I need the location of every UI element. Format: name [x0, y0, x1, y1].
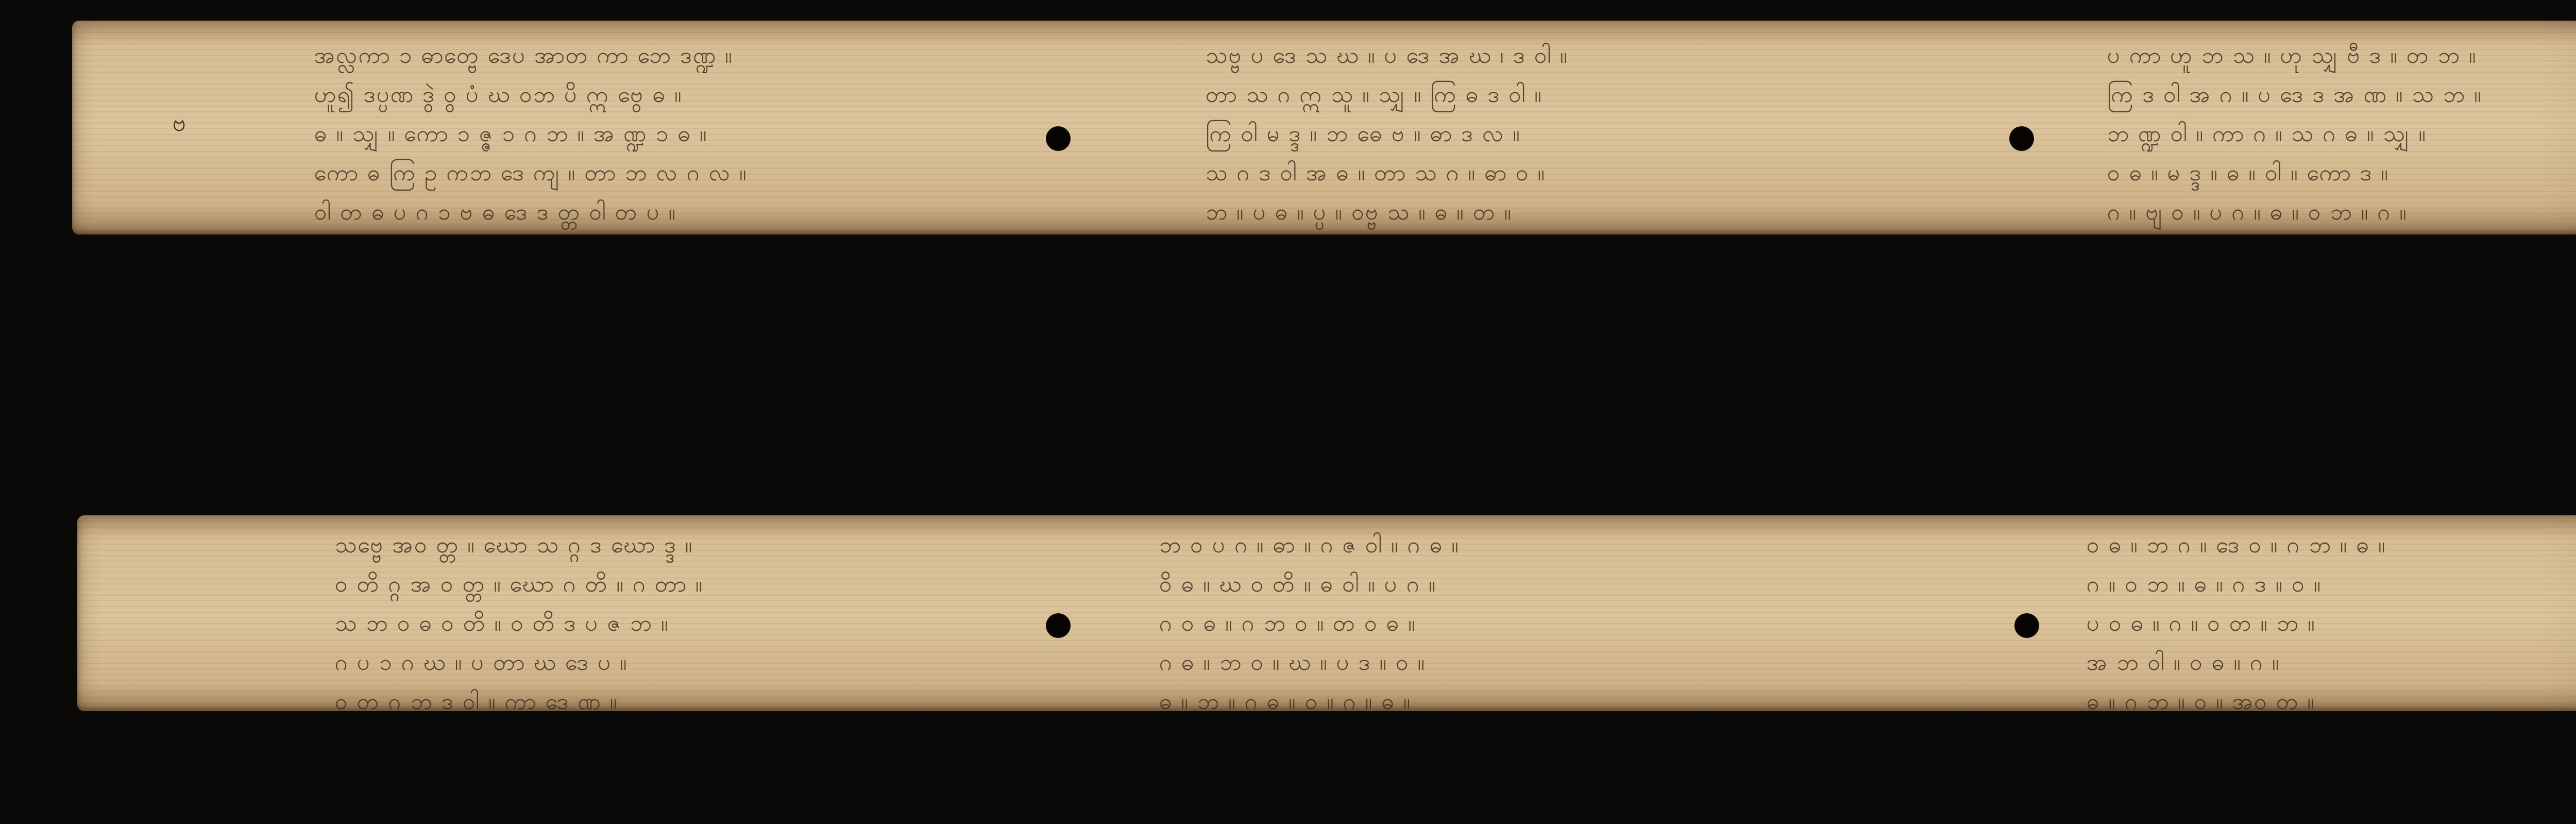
manuscript-line: ဝ တ္တ ဂ ဘ ဒ ဝါ ။ ကာ ဒေ ဏ္ဍ ။ — [335, 682, 1082, 711]
manuscript-line: ဂ ဓ ။ ဘ ဝ ။ ဃ ။ ပ ဒ ။ ဝ ။ — [1159, 643, 2035, 682]
manuscript-line: ဓ ။ ဂ ဘ ။ ဝ ။ အဝ တ္တ ။ — [2087, 682, 2576, 711]
text-section-left: အလ္လကာ ၁ ဓာတ္ဗေ ဒေပ အာတ ကာ ဘေ ဒဏ္ဍ ။ ဟူ၍… — [314, 36, 1061, 232]
manuscript-line: ကြ ဒ ဝါ အ ဂ ။ ပ ဒေ ဒ အ ဏ ။ သ ဘ ။ — [2107, 75, 2576, 114]
manuscript-line: ဓ ။ ဘ ။ ဂ ဓ ။ ဝ ။ ဂ ။ ဓ ။ — [1159, 682, 2035, 711]
manuscript-line: ဂ ။ ဗျ ဝ ။ ပ ဂ ။ ဓ ။ ဝ ဘ ။ ဂ ။ — [2107, 193, 2576, 232]
manuscript-line: ဘ ဝ ပ ဂ ။ ဓာ ။ ဂ ဇ ဝါ ။ ဂ ဓ ။ — [1159, 526, 2035, 565]
manuscript-line: ဘ ဏ္ဍ ဝါ ။ ကာ ဂ ။ သ ဂ ဓ ။ သျှ ။ — [2107, 114, 2576, 154]
manuscript-line: ဂ ။ ဝ ဘ ။ ဓ ။ ဂ ဒ ။ ဝ ။ — [2087, 565, 2576, 604]
text-section-right: ဝ ဓ ။ ဘ ဂ ။ ဒေ ဝ ။ ဂ ဘ ။ ဓ ။ ဂ ။ ဝ ဘ ။ ဓ… — [2087, 526, 2576, 711]
manuscript-line: ဝ တိ ဂ္ဂ အ ဝ တ္တ ။ ဃော ဂ တိ ။ ဂ တာ ။ — [335, 565, 1082, 604]
manuscript-line: ကော ဓ ကြ ဥ ကဘ ဒေ ကျ ။ တာ ဘ လ ဂ လ ။ — [314, 154, 1061, 193]
manuscript-line: ပ ကာ ဟူ ဘ သ ။ ဟု သျှ ဗီ ဒ ။ တ ဘ ။ — [2107, 36, 2576, 75]
manuscript-line: ဝိ ဓ ။ ဃ ဝ တိ ။ ဓ ဝါ ။ ပ ဂ ။ — [1159, 565, 2035, 604]
manuscript-line: ဝ ဓ ။ မ ဒ္ဒ ။ ဓ ။ ဝါ ။ ကော ဒ ။ — [2107, 154, 2576, 193]
manuscript-line: သဗ္ဗ ပ ဒေ သ ဃ ။ ပ ဒေ အ ဃ ၊ ဒ ဝါ ။ — [1206, 36, 2056, 75]
manuscript-line: အလ္လကာ ၁ ဓာတ္ဗေ ဒေပ အာတ ကာ ဘေ ဒဏ္ဍ ။ — [314, 36, 1061, 75]
manuscript-line: ဝ ဓ ။ ဘ ဂ ။ ဒေ ဝ ။ ဂ ဘ ။ ဓ ။ — [2087, 526, 2576, 565]
binding-hole-right — [2009, 126, 2034, 151]
text-section-right: ပ ကာ ဟူ ဘ သ ။ ဟု သျှ ဗီ ဒ ။ တ ဘ ။ ကြ ဒ ဝ… — [2107, 36, 2576, 232]
manuscript-line: အ ဘ ဝါ ။ ဝ ဓ ။ ဂ ။ — [2087, 643, 2576, 682]
manuscript-line: ဝါ တ ဓ ပ ဂ ၁ ဗ ဓ ဒေ ဒ တ္တ ဝါ တ ပ ။ — [314, 193, 1061, 232]
manuscript-line: သဗ္ဗေ အဝ တ္တ ။ ဃော သ ဂ္ဂ ဒ ဃော ဒ္ဒ ။ — [335, 526, 1082, 565]
manuscript-line: ဂ ပ ၁ ဂ ဃ ။ ပ တာ ဃ ဒေ ပ ။ — [335, 643, 1082, 682]
text-section-middle: သဗ္ဗ ပ ဒေ သ ဃ ။ ပ ဒေ အ ဃ ၊ ဒ ဝါ ။ တာ သ ဂ… — [1206, 36, 2056, 232]
palm-leaf-upper: ဗ အလ္လကာ ၁ ဓာတ္ဗေ ဒေပ အာတ ကာ ဘေ ဒဏ္ဍ ။ ဟ… — [72, 21, 2576, 234]
manuscript-line: တာ သ ဂ ဣ သူ ။ သျှ ။ ကြ ဓ ဒ ဝါ ။ — [1206, 75, 2056, 114]
binding-hole-left — [1046, 126, 1071, 151]
leaf-margin-mark: ဗ — [173, 108, 186, 143]
manuscript-line: ဘ ။ ပ ဓ ။ ပ္ပ ။ ဝဗ္ဗ သ ။ ဓ ။ တ ။ — [1206, 193, 2056, 232]
manuscript-line: ဂ ဝ ဓ ။ ဂ ဘ ဝ ။ တ ဝ ဓ ။ — [1159, 604, 2035, 643]
binding-hole-right — [2014, 613, 2039, 638]
text-section-middle: ဘ ဝ ပ ဂ ။ ဓာ ။ ဂ ဇ ဝါ ။ ဂ ဓ ။ ဝိ ဓ ။ ဃ ဝ… — [1159, 526, 2035, 711]
palm-leaf-lower: သဗ္ဗေ အဝ တ္တ ။ ဃော သ ဂ္ဂ ဒ ဃော ဒ္ဒ ။ ဝ တ… — [77, 515, 2576, 711]
text-section-left: သဗ္ဗေ အဝ တ္တ ။ ဃော သ ဂ္ဂ ဒ ဃော ဒ္ဒ ။ ဝ တ… — [335, 526, 1082, 711]
manuscript-line: သ ဘ ဝ ဓ ဝ တိ ။ ဝ တိ ဒ ပ ဇ ဘ ။ — [335, 604, 1082, 643]
manuscript-line: ကြ ဝါ မ ဒ္ဒ ။ ဘ ဓေ ဗ ။ ဓာ ဒ လ ။ — [1206, 114, 2056, 154]
manuscript-line: ဟူ၍ ဒပ္ပဏ ဒွဲ ဝွ ပံ ဃ ဝဘ ပိ ဣ ဗွေ ဓ ။ — [314, 75, 1061, 114]
manuscript-line: သ ဂ ဒ ဝါ အ ဓ ။ တာ သ ဂ ။ ဓာ ဝ ။ — [1206, 154, 2056, 193]
manuscript-line: ပ ဝ ဓ ။ ဂ ။ ဝ တ ။ ဘ ။ — [2087, 604, 2576, 643]
manuscript-line: ဓ ။ သျှ ။ ကော ၁ ဇ္ဇ ၁ ဂ ဘ ။ အ ဏ္ဍ ၁ ဓ ။ — [314, 114, 1061, 154]
binding-hole-left — [1046, 613, 1071, 638]
